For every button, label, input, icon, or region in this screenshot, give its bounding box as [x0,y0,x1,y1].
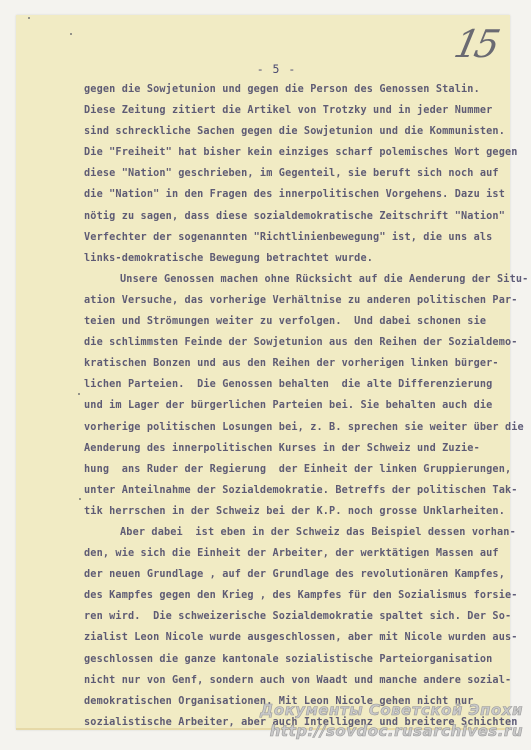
page-number: - 5 - [0,62,531,76]
text-line: die "Nation" in den Fragen des innerpoli… [84,184,514,205]
text-line: lichen Parteien. Die Genossen behalten d… [84,374,514,395]
text-line: kratischen Bonzen und aus den Reihen der… [84,353,514,374]
text-line: links-demokratische Bewegung betrachtet … [84,248,514,269]
text-line: nicht nur von Genf, sondern auch von Waa… [84,670,514,691]
document-body: gegen die Sowjetunion und gegen die Pers… [84,79,514,733]
margin-dot [78,393,80,395]
text-line: Die "Freiheit" hat bisher kein einziges … [84,142,514,163]
text-line: der neuen Grundlage , auf der Grundlage … [84,564,514,585]
text-line: Aber dabei ist eben in der Schweiz das B… [84,522,514,543]
text-line: ation Versuche, das vorherige Verhältnis… [84,290,514,311]
text-line: sind schreckliche Sachen gegen die Sowje… [84,121,514,142]
text-line: Aenderung des innerpolitischen Kurses in… [84,438,514,459]
text-line: gegen die Sowjetunion und gegen die Pers… [84,79,514,100]
text-line: den, wie sich die Einheit der Arbeiter, … [84,543,514,564]
text-line: Unsere Genossen machen ohne Rücksicht au… [84,269,514,290]
text-line: hung ans Ruder der Regierung der Einheit… [84,459,514,480]
text-line: tik herrschen in der Schweiz bei der K.P… [84,501,514,522]
margin-dot [79,498,81,500]
margin-dot [28,17,30,19]
text-line: teien und Strömungen weiter zu verfolgen… [84,311,514,332]
margin-dot [70,33,72,35]
text-line: die schlimmsten Feinde der Sowjetunion a… [84,332,514,353]
text-line: geschlossen die ganze kantonale sozialis… [84,649,514,670]
text-line: und im Lager der bürgerlichen Parteien b… [84,395,514,416]
text-line: Verfechter der sogenannten "Richtlinienb… [84,227,514,248]
text-line: zialist Leon Nicole wurde ausgeschlossen… [84,627,514,648]
text-line: vorherige politischen Losungen bei, z. B… [84,417,514,438]
text-line: nötig zu sagen, dass diese sozialdemokra… [84,206,514,227]
watermark-title: Документы Советской Эпохи [260,700,523,721]
text-line: unter Anteilnahme der Sozialdemokratie. … [84,480,514,501]
text-line: diese "Nation" geschrieben, im Gegenteil… [84,163,514,184]
text-line: ren wird. Die schweizerische Sozialdemok… [84,606,514,627]
archive-watermark: Документы Советской Эпохи http://sovdoc.… [260,700,523,742]
watermark-url: http://sovdoc.rusarchives.ru [260,721,523,742]
text-line: Diese Zeitung zitiert die Artikel von Tr… [84,100,514,121]
text-line: des Kampfes gegen den Krieg , des Kampfe… [84,585,514,606]
